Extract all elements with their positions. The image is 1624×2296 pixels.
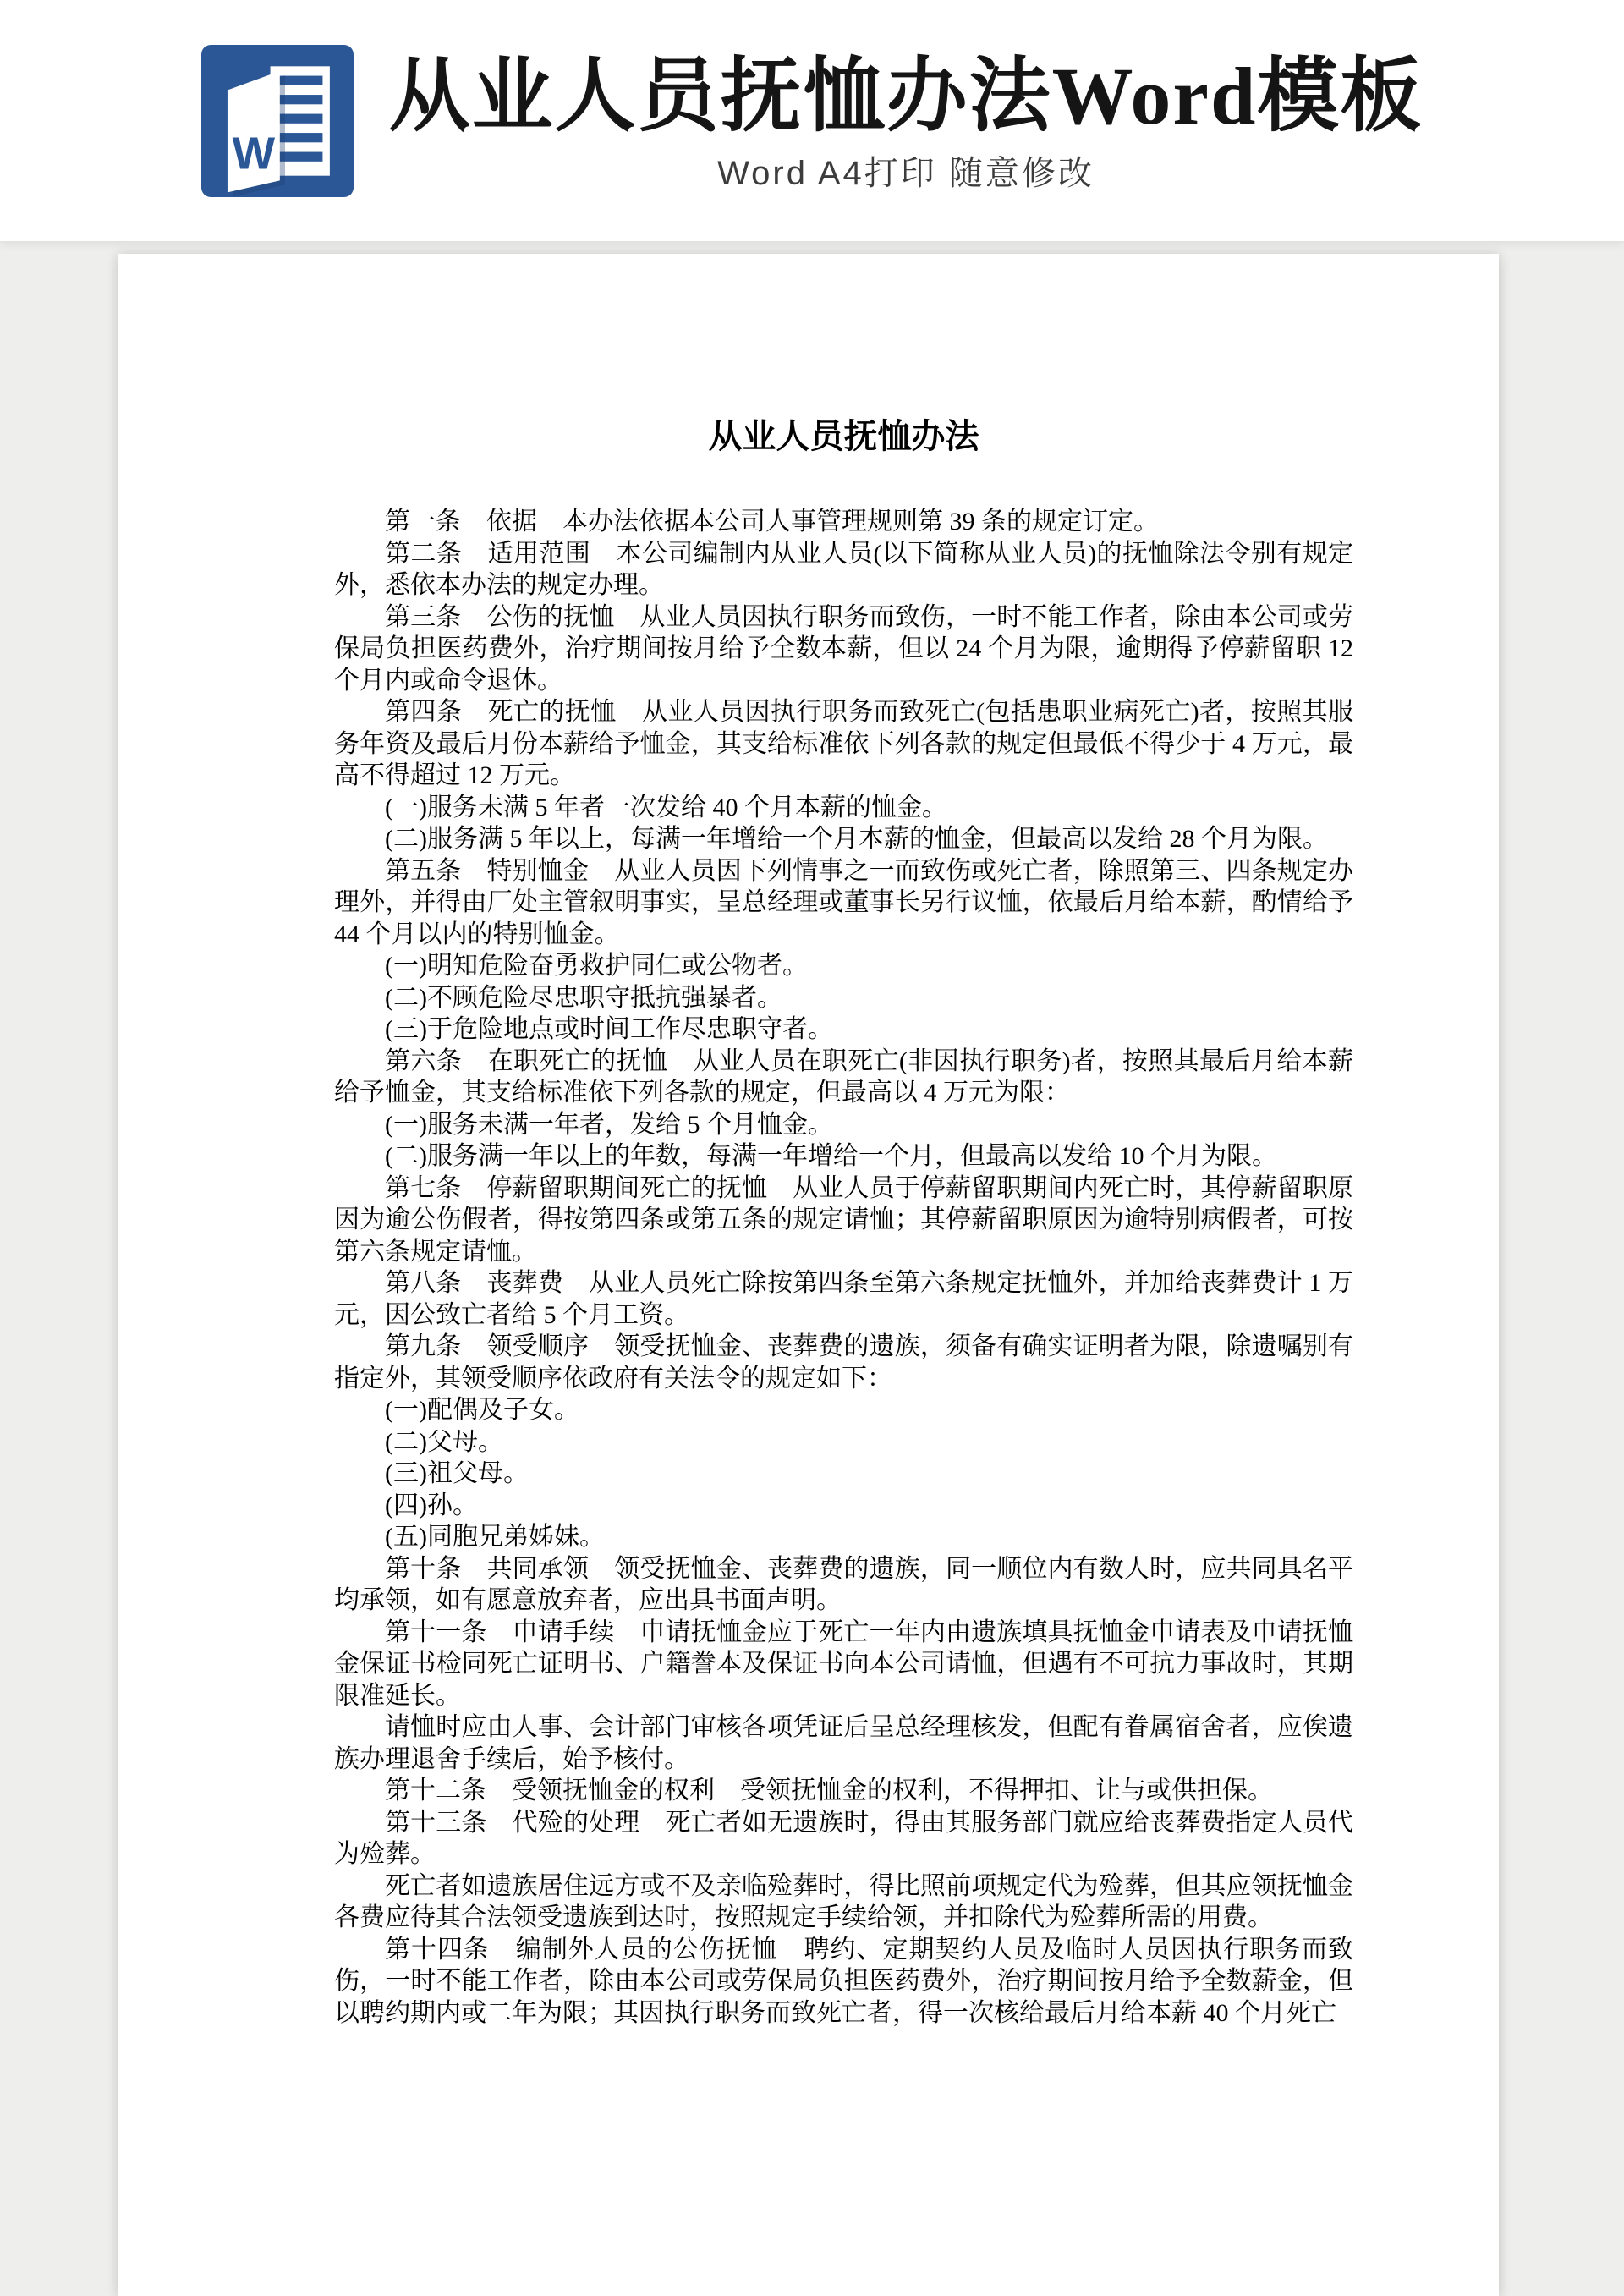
svg-text:W: W [232,129,275,179]
doc-paragraph: (三)于危险地点或时间工作尽忠职守者。 [334,1013,1353,1046]
doc-paragraph: (二)服务满一年以上的年数，每满一年增给一个月，但最高以发给 10 个月为限。 [334,1140,1353,1173]
doc-paragraph: (二)父母。 [334,1426,1353,1458]
doc-paragraph: 第六条 在职死亡的抚恤 从业人员在职死亡(非因执行职务)者，按照其最后月给本薪给… [334,1046,1353,1109]
doc-paragraph: 第二条 适用范围 本公司编制内从业人员(以下简称从业人员)的抚恤除法令别有规定外… [334,538,1353,601]
doc-title: 从业人员抚恤办法 [334,415,1353,459]
doc-paragraph: 第八条 丧葬费 从业人员死亡除按第四条至第六条规定抚恤外，并加给丧葬费计 1 万… [334,1267,1353,1331]
doc-paragraph: 第四条 死亡的抚恤 从业人员因执行职务而致死亡(包括患职业病死亡)者，按照其服务… [334,696,1353,792]
doc-paragraph: 第三条 公伤的抚恤 从业人员因执行职务而致伤，一时不能工作者，除由本公司或劳保局… [334,601,1353,697]
doc-paragraph: 第五条 特别恤金 从业人员因下列情事之一而致伤或死亡者，除照第三、四条规定办理外… [334,855,1353,951]
doc-paragraph: (五)同胞兄弟姊妹。 [334,1521,1353,1553]
doc-paragraph: (一)服务未满一年者，发给 5 个月恤金。 [334,1109,1353,1141]
doc-paragraph: (二)不顾危险尽忠职守抵抗强暴者。 [334,982,1353,1014]
doc-paragraph: (一)配偶及子女。 [334,1394,1353,1426]
doc-paragraph: 第十一条 申请手续 申请抚恤金应于死亡一年内由遗族填具抚恤金申请表及申请抚恤金保… [334,1617,1353,1712]
doc-paragraph: 死亡者如遗族居住远方或不及亲临殓葬时，得比照前项规定代为殓葬，但其应领抚恤金各费… [334,1870,1353,1934]
document-body: 从业人员抚恤办法 第一条 依据 本办法依据本公司人事管理规则第 39 条的规定订… [334,415,1353,2029]
doc-paragraph: 第七条 停薪留职期间死亡的抚恤 从业人员于停薪留职期间内死亡时，其停薪留职原因为… [334,1173,1353,1268]
doc-paragraph: (一)服务未满 5 年者一次发给 40 个月本薪的恤金。 [334,792,1353,824]
site-header: W 从业人员抚恤办法Word模板 Word A4打印 随意修改 [0,0,1624,241]
header-subtitle: Word A4打印 随意修改 [717,151,1095,195]
doc-paragraph: (一)明知危险奋勇救护同仁或公物者。 [334,950,1353,982]
doc-paragraph: (二)服务满 5 年以上，每满一年增给一个月本薪的恤金，但最高以发给 28 个月… [334,823,1353,855]
page-background: W 从业人员抚恤办法Word模板 Word A4打印 随意修改 从业人员抚恤办法… [0,0,1624,2296]
doc-paragraph: 第十条 共同承领 领受抚恤金、丧葬费的遗族，同一顺位内有数人时，应共同具名平均承… [334,1553,1353,1617]
word-icon: W [201,45,354,197]
doc-paragraph: 第十二条 受领抚恤金的权利 受领抚恤金的权利，不得押扣、让与或供担保。 [334,1775,1353,1807]
doc-paragraph: 第九条 领受顺序 领受抚恤金、丧葬费的遗族，须备有确实证明者为限，除遗嘱别有指定… [334,1331,1353,1394]
header-title: 从业人员抚恤办法Word模板 [389,47,1424,146]
doc-paragraph: 请恤时应由人事、会计部门审核各项凭证后呈总经理核发，但配有眷属宿舍者，应俟遗族办… [334,1711,1353,1775]
doc-paragraph: (三)祖父母。 [334,1458,1353,1490]
doc-paragraph: 第十三条 代殓的处理 死亡者如无遗族时，得由其服务部门就应给丧葬费指定人员代为殓… [334,1807,1353,1870]
header-text-block: 从业人员抚恤办法Word模板 Word A4打印 随意修改 [389,47,1424,195]
doc-paragraph: 第十四条 编制外人员的公伤抚恤 聘约、定期契约人员及临时人员因执行职务而致伤，一… [334,1934,1353,2030]
doc-paragraph: (四)孙。 [334,1490,1353,1522]
doc-paragraph: 第一条 依据 本办法依据本公司人事管理规则第 39 条的规定订定。 [334,506,1353,538]
doc-paragraphs: 第一条 依据 本办法依据本公司人事管理规则第 39 条的规定订定。第二条 适用范… [334,506,1353,2029]
document-page: 从业人员抚恤办法 第一条 依据 本办法依据本公司人事管理规则第 39 条的规定订… [118,254,1499,2296]
